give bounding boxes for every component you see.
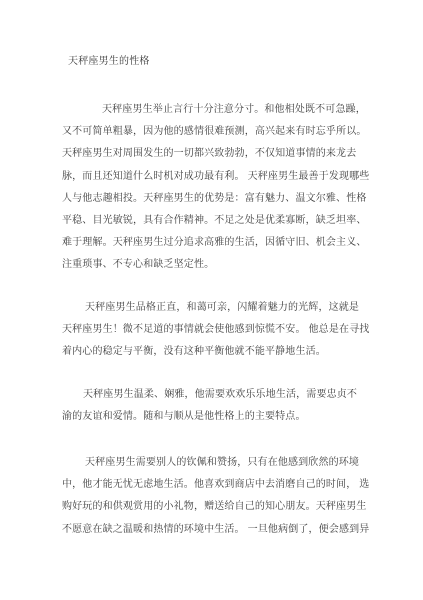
text-line: 脉，而且还知道什么时机对成功最有利。 天秤座男生最善于发现哪些 (62, 166, 382, 188)
text-line: 渝的友谊和爱情。随和与顺从是他性格上的主要特点。 (62, 406, 382, 428)
text-line: 着内心的稳定与平衡，没有这种平衡他就不能平静地生活。 (62, 341, 382, 363)
text-line: 天秤座男生！微不足道的事情就会使他感到惊慌不安。 他总是在寻找 (62, 319, 382, 341)
text-line: 人与他志趣相投。天秤座男生的优势是：富有魅力、温文尔雅、性格 (62, 188, 382, 210)
text-line: 不愿意在缺之温暖和热情的环境中生活。 一旦他病倒了，便会感到异 (62, 519, 382, 541)
text-line: 天秤座男生需要别人的钦佩和赞扬，只有在他感到欣然的环境 (62, 452, 382, 474)
text-line: 天秤座男生品格正直，和蔼可亲，闪耀着魅力的光辉，这就是 (62, 297, 382, 319)
text-line: 又不可简单粗暴，因为他的感情很难预测，高兴起来有时忘乎所以。 (62, 121, 382, 143)
paragraph-3: 天秤座男生温柔、娴雅，他需要欢欢乐乐地生活，需要忠贞不渝的友谊和爱情。随和与顺从… (62, 384, 382, 428)
text-line: 天秤座男生举止言行十分注意分寸。和他相处既不可急躁， (62, 99, 382, 121)
text-line: 中，他才能无忧无虑地生活。他喜欢到商店中去消磨自己的时间， 选 (62, 474, 382, 496)
text-line: 难于理解。天秤座男生过分追求高雅的生活，因循守旧、机会主义、 (62, 232, 382, 254)
document-page: 天秤座男生的性格 天秤座男生举止言行十分注意分寸。和他相处既不可急躁，又不可简单… (0, 0, 423, 600)
text-line: 平稳、目光敏锐，具有合作精神。不足之处是优柔寡断，缺乏坦率、 (62, 210, 382, 232)
text-line: 天秤座男生对周围发生的一切都兴致勃勃，不仅知道事情的来龙去 (62, 143, 382, 165)
text-line: 注重琐事、不专心和缺乏坚定性。 (62, 254, 382, 276)
text-line: 天秤座男生温柔、娴雅，他需要欢欢乐乐地生活，需要忠贞不 (62, 384, 382, 406)
text-line: 购好玩的和供观赏用的小礼物，赠送给自己的知心朋友。天秤座男生 (62, 496, 382, 518)
paragraph-1: 天秤座男生举止言行十分注意分寸。和他相处既不可急躁，又不可简单粗暴，因为他的感情… (62, 99, 382, 277)
page-title: 天秤座男生的性格 (68, 56, 150, 68)
paragraph-2: 天秤座男生品格正直，和蔼可亲，闪耀着魅力的光辉，这就是天秤座男生！微不足道的事情… (62, 297, 382, 364)
paragraph-4: 天秤座男生需要别人的钦佩和赞扬，只有在他感到欣然的环境中，他才能无忧无虑地生活。… (62, 452, 382, 541)
